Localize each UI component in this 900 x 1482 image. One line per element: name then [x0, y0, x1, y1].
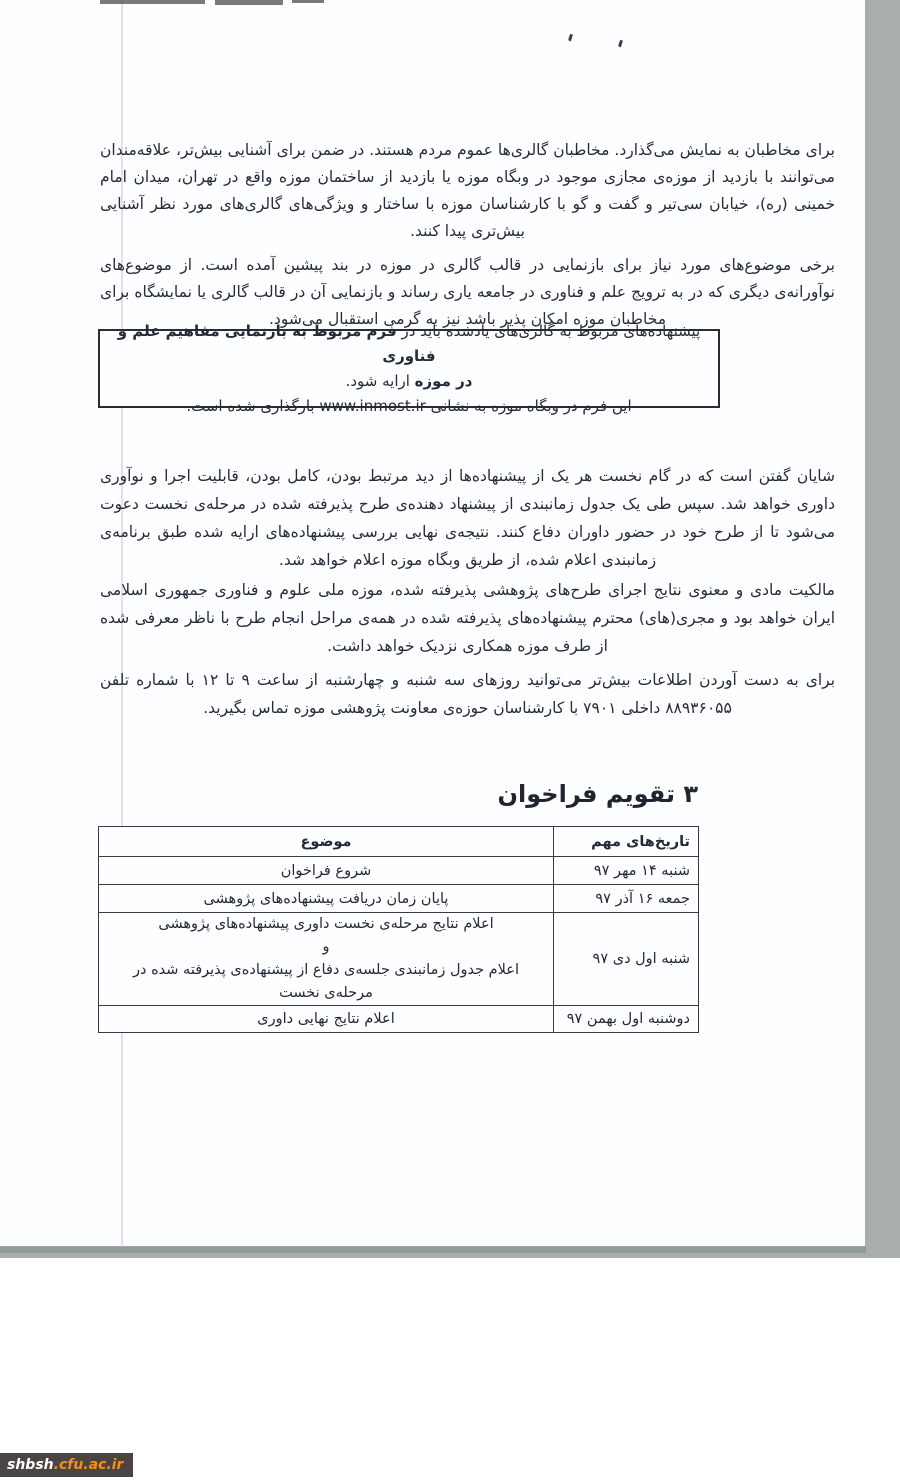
subject-line: اعلام نتایج مرحله‌ی نخست داوری پیشنهاده‌…	[107, 913, 545, 936]
date-cell: جمعه ۱۶ آذر ۹۷	[554, 885, 699, 913]
paragraph-judging: شایان گفتن است که در گام نخست هر یک از پ…	[100, 462, 835, 574]
notice-line-1: پیشنهاده‌های مربوط به گالری‌های یادشده ب…	[106, 319, 712, 369]
notice-line2-rest: ارایه شود.	[346, 372, 415, 390]
table-row: شنبه اول دی ۹۷ اعلام نتایج مرحله‌ی نخست …	[99, 913, 699, 1006]
section-heading-calendar: ۳ تقویم فراخوان	[498, 780, 698, 808]
scan-artifact	[215, 0, 283, 5]
scan-artifact	[292, 0, 324, 3]
subject-line: اعلام جدول زمانبندی جلسه‌ی دفاع از پیشنه…	[107, 959, 545, 1005]
date-cell: شنبه اول دی ۹۷	[554, 913, 699, 1006]
scan-artifact	[100, 0, 205, 4]
subject-cell: پایان زمان دریافت پیشنهاده‌های پژوهشی	[99, 885, 554, 913]
notice-box: پیشنهاده‌های مربوط به گالری‌های یادشده ب…	[98, 329, 720, 408]
paragraph-ownership: مالکیت مادی و معنوی نتایج اجرای طرح‌های …	[100, 576, 835, 660]
notice-line1-prefix: پیشنهاده‌های مربوط به گالری‌های یادشده ب…	[397, 322, 701, 340]
subject-cell: اعلام نتایج نهایی داوری	[99, 1006, 554, 1033]
header-subject: موضوع	[99, 827, 554, 857]
notice-line-2: در موزه ارایه شود.	[106, 369, 712, 394]
site-watermark: shbsh.cfu.ac.ir	[0, 1453, 133, 1477]
paragraph-contact: برای به دست آوردن اطلاعات بیش‌تر می‌توان…	[100, 666, 835, 722]
notice-line-3: این فرم در وبگاه موزه به نشانی www.inmos…	[106, 394, 712, 419]
notice-line2-bold: در موزه	[415, 372, 473, 390]
table-row: دوشنبه اول بهمن ۹۷ اعلام نتایج نهایی داو…	[99, 1006, 699, 1033]
notice-line1-bold: فرم مربوط به بازنمایی مفاهیم علم و فناور…	[118, 322, 436, 365]
scanned-document-page: { "document": { "paragraphs": { "p1": "ب…	[0, 0, 900, 1482]
subject-line: و	[107, 936, 545, 959]
subject-cell: اعلام نتایج مرحله‌ی نخست داوری پیشنهاده‌…	[99, 913, 554, 1006]
date-cell: شنبه ۱۴ مهر ۹۷	[554, 857, 699, 885]
table-row: شنبه ۱۴ مهر ۹۷ شروع فراخوان	[99, 857, 699, 885]
watermark-suffix: .cfu.ac.ir	[54, 1457, 124, 1473]
paragraph-audience: برای مخاطبان به نمایش می‌گذارد. مخاطبان …	[100, 137, 835, 245]
watermark-prefix: shbsh	[7, 1457, 54, 1473]
table-header-row: تاریخ‌های مهم موضوع	[99, 827, 699, 857]
page-edge-shadow	[0, 1246, 866, 1253]
date-cell: دوشنبه اول بهمن ۹۷	[554, 1006, 699, 1033]
calendar-table: تاریخ‌های مهم موضوع شنبه ۱۴ مهر ۹۷ شروع …	[98, 826, 699, 1033]
table-row: جمعه ۱۶ آذر ۹۷ پایان زمان دریافت پیشنهاد…	[99, 885, 699, 913]
header-important-dates: تاریخ‌های مهم	[554, 827, 699, 857]
subject-cell: شروع فراخوان	[99, 857, 554, 885]
